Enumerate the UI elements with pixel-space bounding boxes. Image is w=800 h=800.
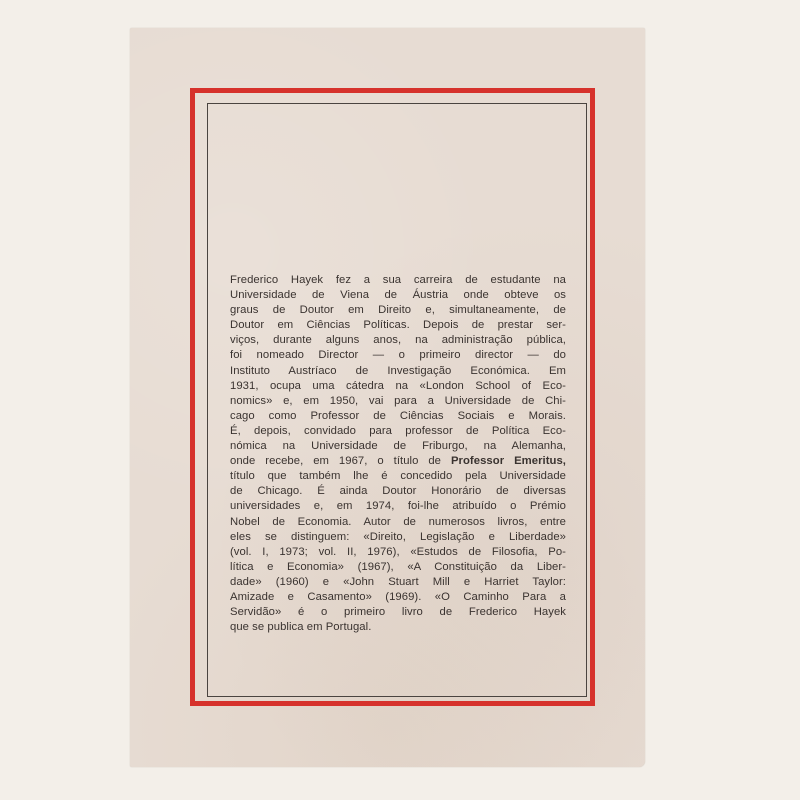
bio-line: foi nomeado Director — o primeiro direct…: [230, 348, 566, 363]
bio-text: onde recebe, em 1967, o título de: [230, 455, 451, 467]
bio-line: (vol. I, 1973; vol. II, 1976), «Estudos …: [230, 545, 566, 560]
bio-line: universidades e, em 1974, foi-lhe atribu…: [230, 499, 566, 514]
bio-line: viços, durante alguns anos, na administr…: [230, 333, 566, 348]
bio-line: 1931, ocupa uma cátedra na «London Schoo…: [230, 379, 566, 394]
bio-line: dade» (1960) e «John Stuart Mill e Harri…: [230, 575, 566, 590]
bio-line: título que também lhe é concedido pela U…: [230, 469, 566, 484]
bio-line-with-title: onde recebe, em 1967, o título de Profes…: [230, 454, 566, 469]
bio-line: que se publica em Portugal.: [230, 620, 566, 635]
bio-line: cago como Professor de Ciências Sociais …: [230, 409, 566, 424]
author-biography: Frederico Hayek fez a sua carreira de es…: [230, 273, 566, 635]
bio-line: Doutor em Ciências Políticas. Depois de …: [230, 318, 566, 333]
bio-line: Amizade e Casamento» (1969). «O Caminho …: [230, 590, 566, 605]
bio-line: Nobel de Economia. Autor de numerosos li…: [230, 515, 566, 530]
bio-line: de Chicago. É ainda Doutor Honorário de …: [230, 484, 566, 499]
bio-line: graus de Doutor em Direito e, simultanea…: [230, 303, 566, 318]
bio-line: Frederico Hayek fez a sua carreira de es…: [230, 273, 566, 288]
bio-line: Universidade de Viena de Áustria onde ob…: [230, 288, 566, 303]
bio-line: nómica na Universidade de Friburgo, na A…: [230, 439, 566, 454]
bio-line: eles se distinguem: «Direito, Legislação…: [230, 530, 566, 545]
professor-emeritus-title: Professor Emeritus,: [451, 455, 566, 467]
bio-line: É, depois, convidado para professor de P…: [230, 424, 566, 439]
bio-line: Servidão» é o primeiro livro de Frederic…: [230, 605, 566, 620]
book-back-cover: Frederico Hayek fez a sua carreira de es…: [130, 28, 645, 767]
bio-line: lítica e Economia» (1967), «A Constituiç…: [230, 560, 566, 575]
bio-line: nomics» e, em 1950, vai para a Universid…: [230, 394, 566, 409]
bio-line: Instituto Austríaco de Investigação Econ…: [230, 364, 566, 379]
